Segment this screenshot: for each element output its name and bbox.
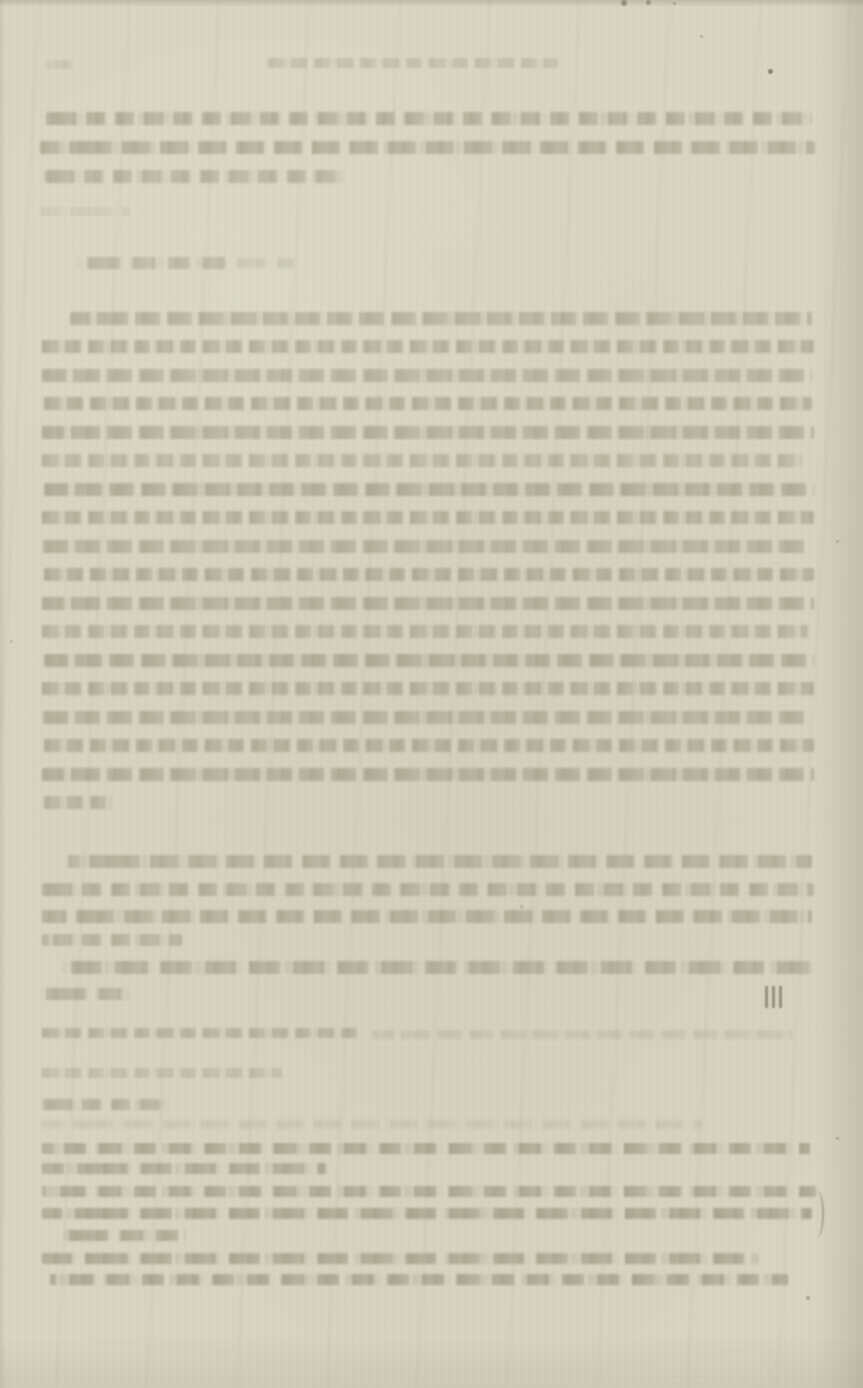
main-paragraph-line (44, 568, 814, 581)
second-paragraph-line (68, 855, 812, 868)
ink-speck (646, 0, 651, 5)
main-paragraph-line (44, 654, 814, 667)
intro-paragraph-line (46, 112, 812, 125)
main-paragraph-line (44, 796, 112, 809)
ink-speck (10, 640, 13, 643)
main-paragraph-line (42, 768, 814, 781)
main-paragraph-line (42, 511, 814, 524)
main-paragraph-line (42, 711, 810, 724)
second-paragraph-line (42, 910, 812, 923)
main-paragraph-line (44, 739, 814, 752)
footnote-line (372, 1030, 792, 1039)
ink-speck (700, 35, 703, 38)
reference-entry-line (42, 1208, 812, 1219)
reference-entry-line (50, 1274, 788, 1285)
reference-entry-line (64, 1230, 186, 1241)
section-heading-line (236, 258, 294, 268)
main-paragraph-line (42, 369, 812, 382)
ink-speck (836, 540, 839, 543)
main-paragraph-line (42, 340, 814, 353)
references-heading-line (42, 1099, 168, 1110)
ink-speck (806, 1296, 810, 1300)
third-paragraph-line (42, 988, 130, 1000)
footnote-line (42, 1028, 362, 1038)
ink-speck (621, 0, 627, 6)
second-paragraph-line (42, 883, 814, 896)
main-paragraph-line (42, 426, 814, 439)
reference-entry-line (42, 1253, 758, 1264)
reference-entry-line (42, 1163, 326, 1174)
ink-speck (520, 905, 523, 908)
main-paragraph-line (42, 625, 808, 638)
footnote-line (42, 1068, 282, 1078)
main-paragraph-line (42, 597, 814, 610)
references-heading-line (42, 1120, 702, 1129)
scanned-page (0, 0, 863, 1388)
running-head-line (46, 60, 72, 69)
intro-paragraph-line (40, 141, 815, 154)
second-paragraph-line (42, 934, 182, 946)
third-paragraph-line (62, 961, 812, 974)
intro-paragraph-line (40, 207, 130, 216)
main-paragraph-line (42, 540, 810, 553)
bracket-mark (812, 1190, 824, 1238)
reference-entry-line (42, 1186, 816, 1197)
intro-paragraph-line (44, 170, 344, 183)
reference-entry-line (42, 1143, 810, 1154)
main-paragraph-line (44, 397, 812, 410)
ink-speck (768, 69, 773, 74)
ink-speck (673, 2, 676, 5)
ink-speck (836, 1137, 839, 1140)
main-paragraph-line (42, 682, 814, 695)
main-paragraph-line (44, 483, 814, 496)
triple-stroke-mark (765, 986, 782, 1008)
section-heading-line (76, 257, 226, 269)
main-paragraph-line (70, 312, 812, 325)
main-paragraph-line (42, 454, 802, 467)
running-head-line (268, 58, 558, 68)
